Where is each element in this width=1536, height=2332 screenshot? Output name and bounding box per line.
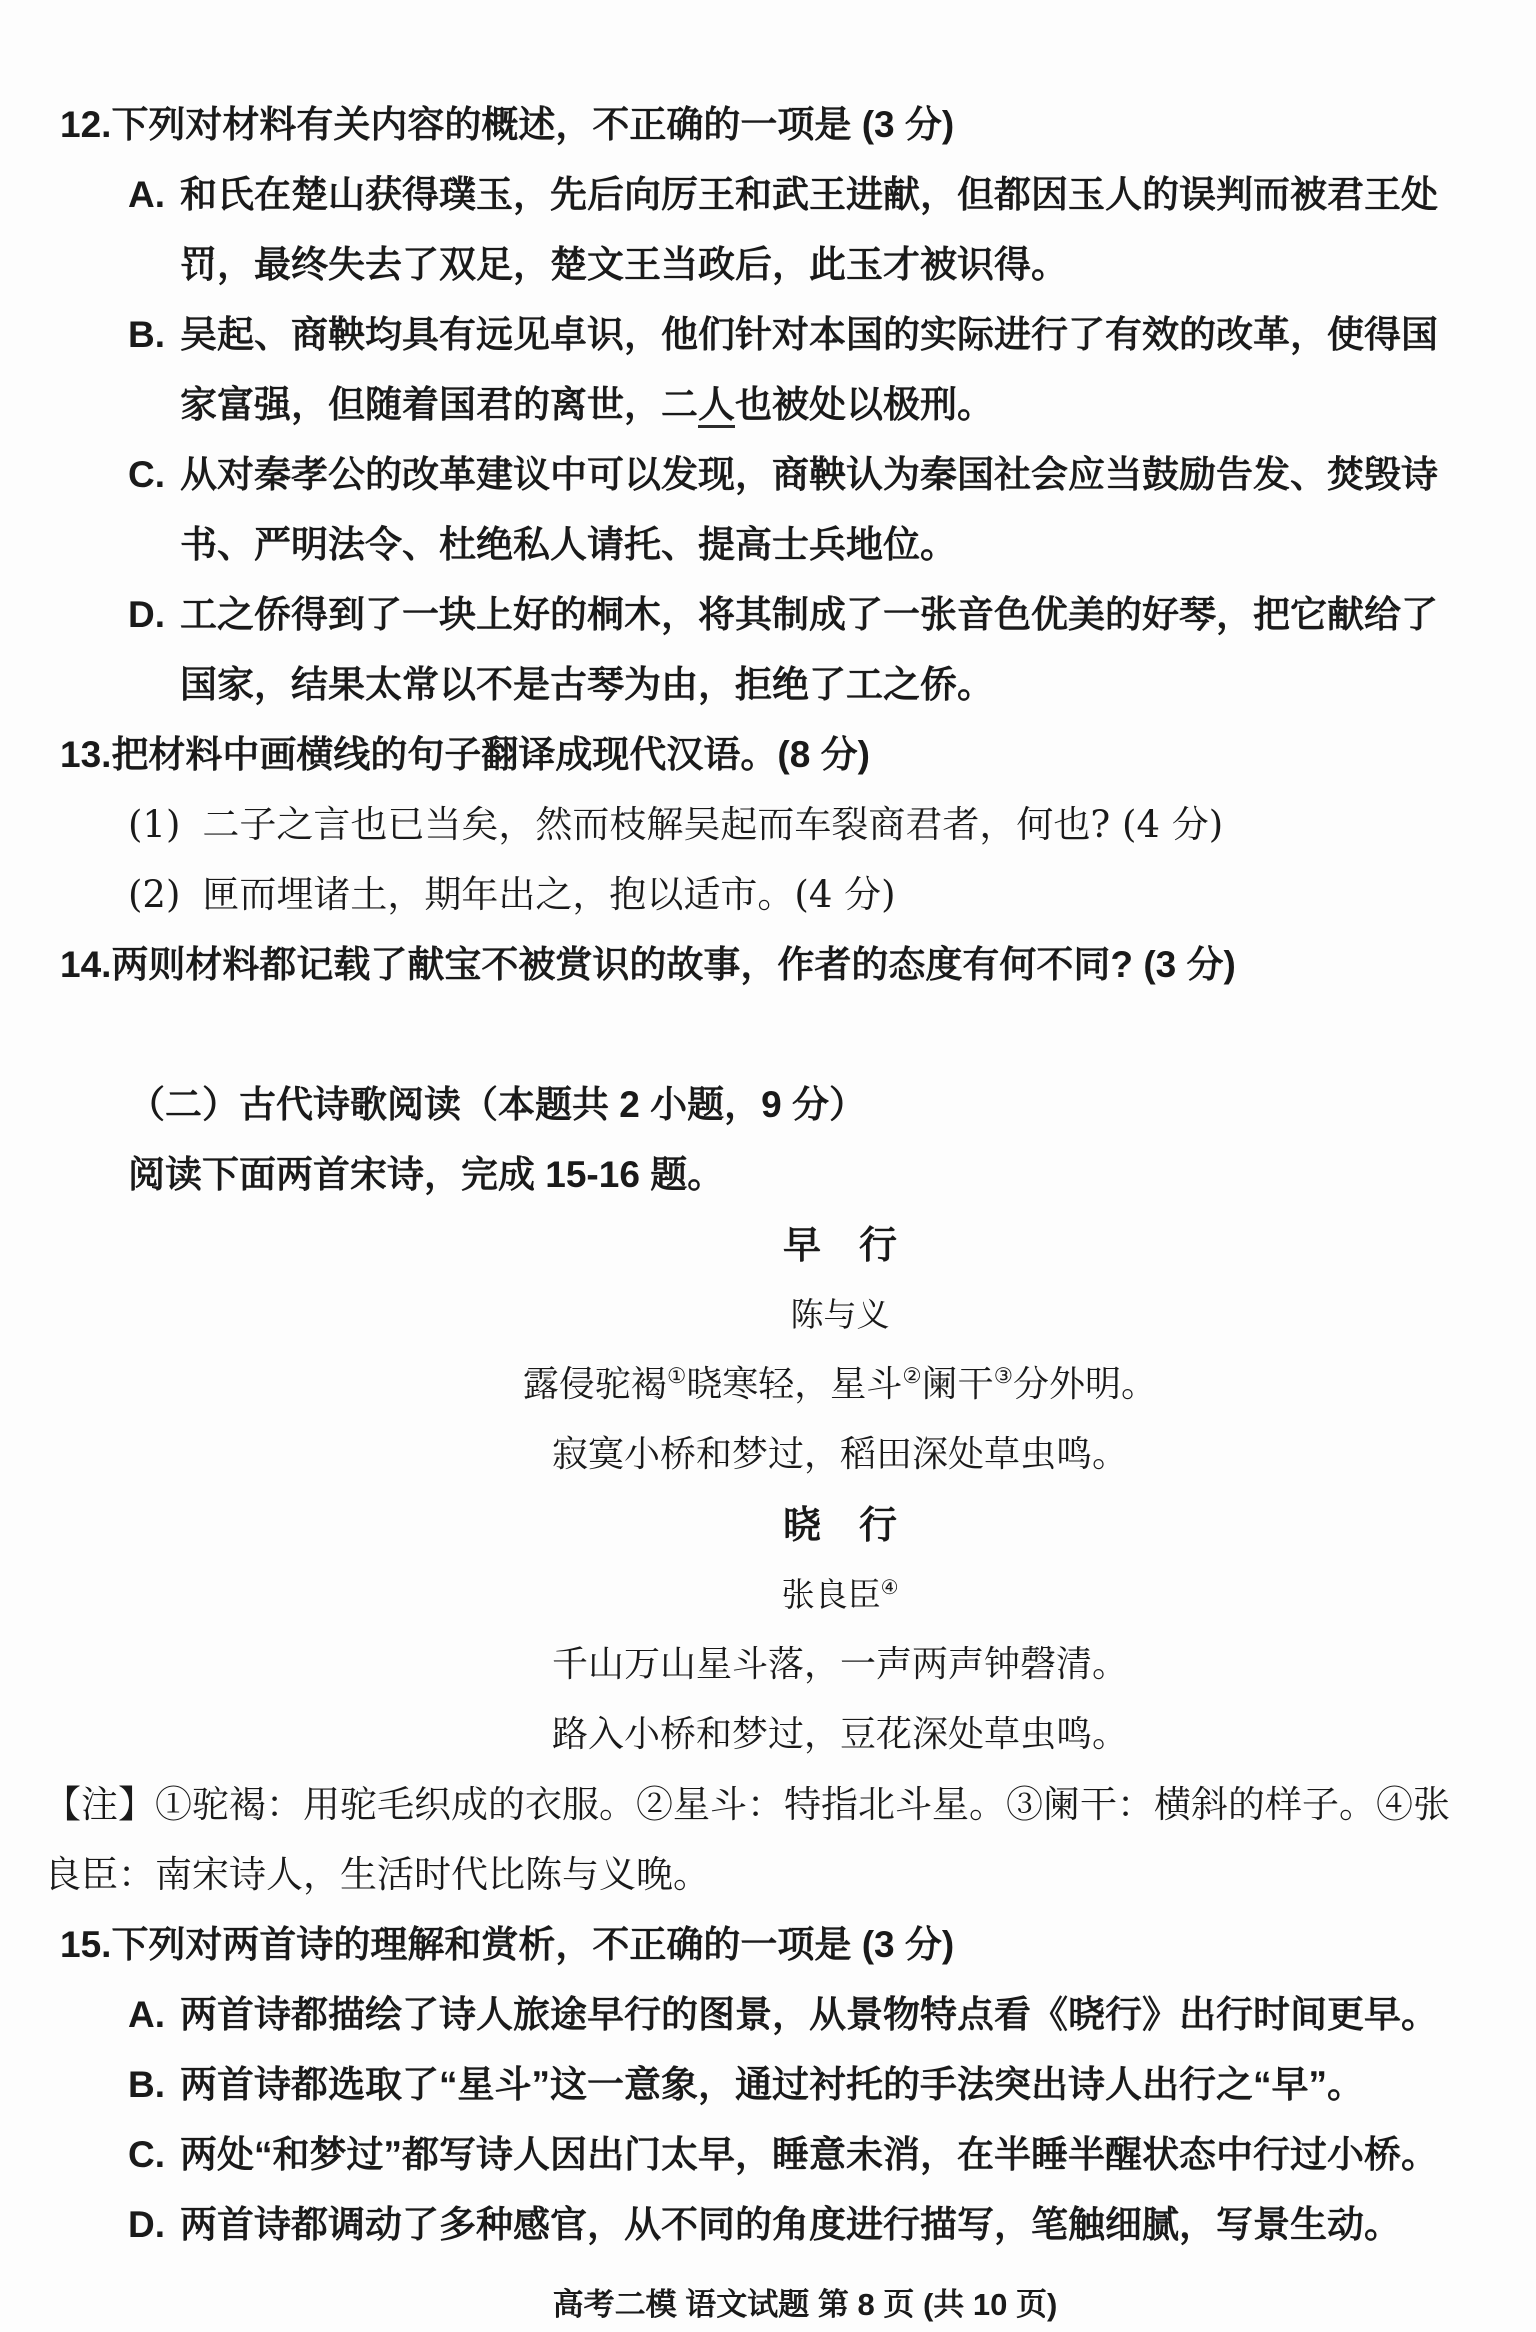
question-15-option-b: B. 两首诗都选取了“星斗”这一意象，通过衬托的手法突出诗人出行之“早”。	[180, 2050, 1452, 2120]
superscript-marker: ④	[881, 1576, 899, 1599]
question-15-option-a: A. 两首诗都描绘了诗人旅途早行的图景，从景物特点看《晓行》出行时间更早。	[180, 1980, 1452, 2050]
poem-title: 早 行	[190, 1210, 1490, 1280]
question-12-option-c: C. 从对秦孝公的改革建议中可以发现，商鞅认为秦国社会应当鼓励告发、焚毁诗书、严…	[180, 440, 1452, 580]
poem-line: 露侵驼褐①晓寒轻，星斗②阑干③分外明。	[190, 1350, 1490, 1420]
poem-title: 晓 行	[190, 1490, 1490, 1560]
sub-item-label: (1)	[128, 803, 180, 846]
sub-item-text: 匣而埋诸土，期年出之，抱以适市。(4 分)	[202, 873, 895, 916]
text-segment: 露侵驼褐	[523, 1364, 667, 1405]
superscript-marker: ②	[902, 1364, 921, 1389]
question-13-stem-row: 13. 把材料中画横线的句子翻译成现代汉语。(8 分)	[60, 720, 1490, 790]
question-14-stem-row: 14. 两则材料都记载了献宝不被赏识的故事，作者的态度有何不同? (3 分)	[60, 930, 1490, 1000]
option-label: A.	[128, 160, 165, 230]
poem-line: 寂寞小桥和梦过，稻田深处草虫鸣。	[190, 1420, 1490, 1490]
question-12-option-a: A. 和氏在楚山获得璞玉，先后向厉王和武王进献，但都因玉人的误判而被君王处罚，最…	[180, 160, 1452, 300]
superscript-marker: ③	[994, 1364, 1013, 1389]
page-footer: 高考二模 语文试题 第 8 页 (共 10 页)	[60, 2270, 1490, 2332]
text-segment: 阑干	[922, 1364, 994, 1405]
question-15-stem: 下列对两首诗的理解和赏析，不正确的一项是 (3 分)	[111, 1910, 1490, 1980]
poem-zao-xing: 早 行 陈与义 露侵驼褐①晓寒轻，星斗②阑干③分外明。 寂寞小桥和梦过，稻田深处…	[190, 1210, 1490, 1490]
poem-line: 路入小桥和梦过，豆花深处草虫鸣。	[190, 1700, 1490, 1770]
poem-xiao-xing: 晓 行 张良臣④ 千山万山星斗落，一声两声钟磬清。 路入小桥和梦过，豆花深处草虫…	[190, 1490, 1490, 1770]
option-text: 和氏在楚山获得璞玉，先后向厉王和武王进献，但都因玉人的误判而被君王处罚，最终失去…	[180, 174, 1438, 285]
sub-item-label: (2)	[128, 873, 180, 916]
option-text: 从对秦孝公的改革建议中可以发现，商鞅认为秦国社会应当鼓励告发、焚毁诗书、严明法令…	[180, 454, 1438, 565]
text-segment: 晓寒轻，星斗	[686, 1364, 902, 1405]
question-13: 13. 把材料中画横线的句子翻译成现代汉语。(8 分) (1)二子之言也已当矣，…	[60, 720, 1490, 930]
question-12: 12. 下列对材料有关内容的概述，不正确的一项是 (3 分) A. 和氏在楚山获…	[60, 90, 1490, 720]
option-text: 工之侨得到了一块上好的桐木，将其制成了一张音色优美的好琴，把它献给了国家，结果太…	[180, 594, 1438, 705]
question-12-stem-row: 12. 下列对材料有关内容的概述，不正确的一项是 (3 分)	[60, 90, 1490, 160]
poem-line: 千山万山星斗落，一声两声钟磬清。	[190, 1630, 1490, 1700]
option-label: D.	[128, 2190, 165, 2260]
option-text: 两首诗都描绘了诗人旅途早行的图景，从景物特点看《晓行》出行时间更早。	[180, 1994, 1438, 2035]
text-segment: 分外明。	[1013, 1364, 1157, 1405]
question-13-stem: 把材料中画横线的句子翻译成现代汉语。(8 分)	[111, 720, 1490, 790]
question-15: 15. 下列对两首诗的理解和赏析，不正确的一项是 (3 分) A. 两首诗都描绘…	[60, 1910, 1490, 2260]
option-label: A.	[128, 1980, 165, 2050]
option-label: C.	[128, 440, 165, 510]
text-segment: 张良臣	[782, 1575, 881, 1614]
question-15-stem-row: 15. 下列对两首诗的理解和赏析，不正确的一项是 (3 分)	[60, 1910, 1490, 1980]
question-13-number: 13.	[60, 720, 111, 790]
question-12-option-d: D. 工之侨得到了一块上好的桐木，将其制成了一张音色优美的好琴，把它献给了国家，…	[180, 580, 1452, 720]
blank-line	[60, 1000, 1490, 1070]
poem-notes: 【注】①驼褐：用驼毛织成的衣服。②星斗：特指北斗星。③阑干：横斜的样子。④张良臣…	[44, 1770, 1468, 1910]
poem-author: 张良臣④	[190, 1560, 1490, 1630]
reading-instruction: 阅读下面两首宋诗，完成 15-16 题。	[60, 1140, 1490, 1210]
poems-block: 早 行 陈与义 露侵驼褐①晓寒轻，星斗②阑干③分外明。 寂寞小桥和梦过，稻田深处…	[60, 1210, 1490, 1770]
poem-author: 陈与义	[190, 1280, 1490, 1350]
option-text: 两处“和梦过”都写诗人因出门太早，睡意未消，在半睡半醒状态中行过小桥。	[180, 2134, 1438, 2175]
option-text: 两首诗都选取了“星斗”这一意象，通过衬托的手法突出诗人出行之“早”。	[180, 2064, 1364, 2105]
question-12-option-b: B. 吴起、商鞅均具有远见卓识，他们针对本国的实际进行了有效的改革，使得国家富强…	[180, 300, 1452, 440]
option-label: B.	[128, 2050, 165, 2120]
sub-item-text: 二子之言也已当矣，然而枝解吴起而车裂商君者，何也? (4 分)	[202, 803, 1223, 846]
question-15-option-c: C. 两处“和梦过”都写诗人因出门太早，睡意未消，在半睡半醒状态中行过小桥。	[180, 2120, 1452, 2190]
option-text: 两首诗都调动了多种感官，从不同的角度进行描写，笔触细腻，写景生动。	[180, 2204, 1401, 2245]
exam-page: 12. 下列对材料有关内容的概述，不正确的一项是 (3 分) A. 和氏在楚山获…	[0, 0, 1536, 2332]
question-13-item-1: (1)二子之言也已当矣，然而枝解吴起而车裂商君者，何也? (4 分)	[60, 790, 1490, 860]
exam-content: 12. 下列对材料有关内容的概述，不正确的一项是 (3 分) A. 和氏在楚山获…	[0, 0, 1536, 2332]
superscript-marker: ①	[667, 1364, 686, 1389]
question-13-item-2: (2)匣而埋诸土，期年出之，抱以适市。(4 分)	[60, 860, 1490, 930]
option-label: C.	[128, 2120, 165, 2190]
option-label: D.	[128, 580, 165, 650]
option-text: 吴起、商鞅均具有远见卓识，他们针对本国的实际进行了有效的改革，使得国家富强，但随…	[180, 314, 1438, 428]
question-12-number: 12.	[60, 90, 111, 160]
text-segment: 人	[698, 384, 735, 428]
option-label: B.	[128, 300, 165, 370]
text-segment: 也被处以极刑。	[735, 384, 994, 425]
question-14: 14. 两则材料都记载了献宝不被赏识的故事，作者的态度有何不同? (3 分)	[60, 930, 1490, 1000]
question-14-number: 14.	[60, 930, 111, 1000]
question-14-stem: 两则材料都记载了献宝不被赏识的故事，作者的态度有何不同? (3 分)	[111, 930, 1490, 1000]
question-15-number: 15.	[60, 1910, 111, 1980]
section-2-heading: （二）古代诗歌阅读（本题共 2 小题，9 分）	[60, 1070, 1490, 1140]
question-12-stem: 下列对材料有关内容的概述，不正确的一项是 (3 分)	[111, 90, 1490, 160]
question-15-option-d: D. 两首诗都调动了多种感官，从不同的角度进行描写，笔触细腻，写景生动。	[180, 2190, 1452, 2260]
